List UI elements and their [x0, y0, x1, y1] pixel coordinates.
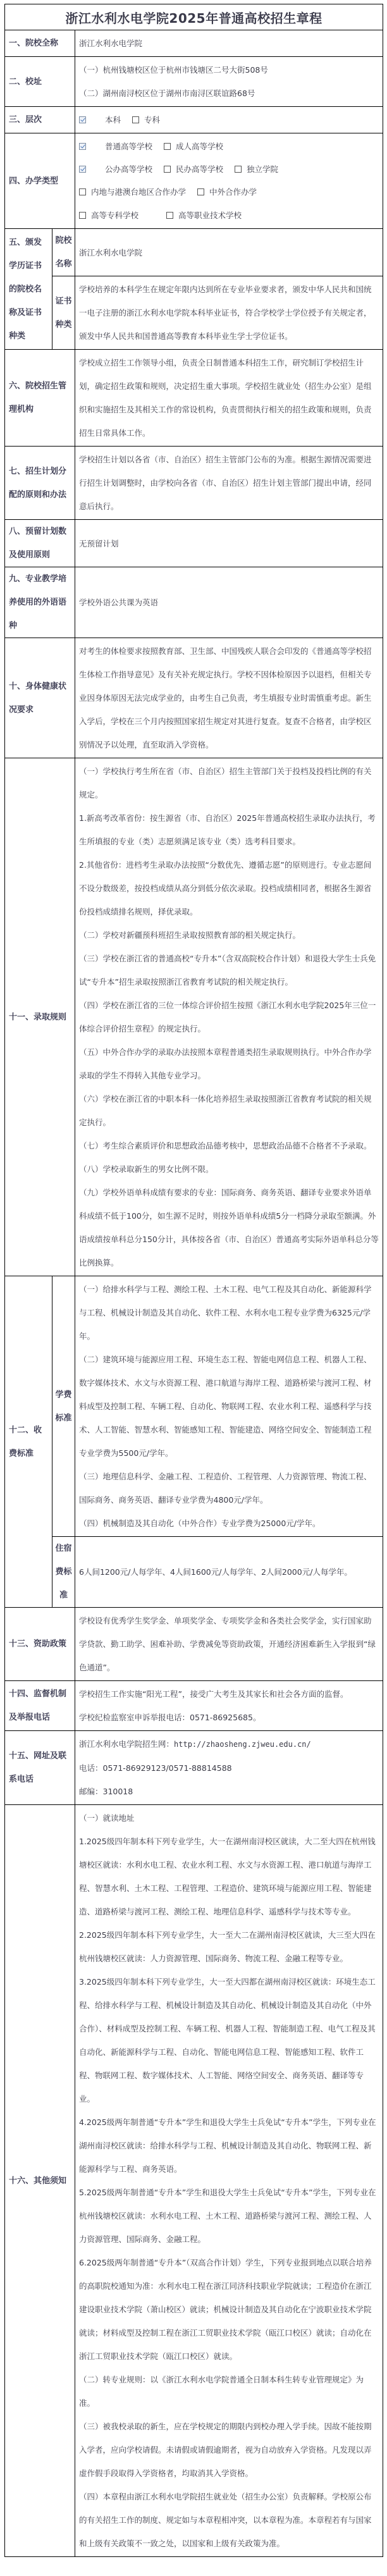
value-school-type: 普通高等学校 成人高等学校 公办高等学校 民办高等学校 独立学院 内地与港澳台地…: [75, 133, 383, 229]
option-junior-college: 专科: [132, 108, 160, 132]
rule-paragraph: （一）学校执行考生所在省（市、自治区）招生主管部门关于投档及投档比例的有关规定。: [79, 760, 379, 806]
note-paragraph: 1.2025级四年制本科下列专业学生，大一在湖州南浔校区就读，大二至大四在杭州钱…: [79, 1830, 379, 1923]
row-school-name: 一、院校全称 浙江水利水电学院: [5, 30, 383, 57]
value-admission-rules: （一）学校执行考生所在省（市、自治区）招生主管部门关于投档及投档比例的有关规定。…: [75, 758, 383, 1276]
note-paragraph: 3.2025级四年制本科下列专业学生，大一至大四都在湖州南浔校区就读：环境生态工…: [79, 1970, 379, 2111]
value-tuition: （一）给排水科学与工程、测绘工程、土木工程、电气工程及其自动化、新能源科学与工程…: [75, 1276, 383, 1537]
option-independent-college: 独立学院: [235, 158, 278, 181]
note-paragraph: （四）本章程由浙江水利水电学院招生就业处（招生办公室）负责解释。学校原公布的有关…: [79, 2485, 379, 2555]
note-paragraph: 5.2025级两年制普通“专升本”学生和退役大学生士兵免试“专升本”学生，下列专…: [79, 2181, 379, 2251]
rule-paragraph: （八）学校录取新生的男女比例不限。: [79, 1157, 379, 1181]
value-reserved-plan: 无预留计划: [75, 520, 383, 567]
option-private-hei: 民办高等学校: [164, 158, 223, 181]
value-plan-allocation: 学校招生计划以各省（市、自治区）招生主管部门公布的为准。根据生源情况需要进行招生…: [75, 447, 383, 520]
title-row: 浙江水利水电学院2025年普通高校招生章程: [5, 4, 383, 30]
label-fees: 十二、收费标准: [5, 1276, 52, 1608]
option-vocational-college: 高等职业技术学校: [166, 204, 242, 227]
tuition-paragraph: （四）机械制造及其自动化（中外合作）专业学费为25000元/学年。: [79, 1512, 379, 1535]
address-line: （二）湖州南浔校区位于湖州市南浔区联谊路68号: [79, 82, 379, 105]
value-other-notes: （一）就读地址 1.2025级四年制本科下列专业学生，大一在湖州南浔校区就读，大…: [75, 1805, 383, 2557]
row-level: 三、层次 本科 专科: [5, 107, 383, 133]
rule-paragraph: 1.新高考改革省份：按生源省（市、自治区）2025年普通高校招生录取办法执行，考…: [79, 806, 379, 853]
sublabel-dormitory: 住宿费标准: [52, 1537, 75, 1608]
row-contact: 十五、网址及联系电话 浙江水利水电学院招生网：http://zhaosheng.…: [5, 1731, 383, 1805]
checkbox-empty-icon: [197, 188, 204, 195]
row-other-notes: 十六、其他须知 （一）就读地址 1.2025级四年制本科下列专业学生，大一在湖州…: [5, 1805, 383, 2557]
value-health-requirements: 对考生的体检要求按照教育部、卫生部、中国残疾人联合会印发的《普通高等学校招生体检…: [75, 638, 383, 758]
rule-paragraph: （三）学校在浙江省的普通高校“专升本”（含双高院校合作计划）和退役大学生士兵免试…: [79, 947, 379, 994]
value-foreign-language: 学校外语公共课为英语: [75, 567, 383, 638]
value-school-name: 浙江水利水电学院: [75, 30, 383, 57]
checkbox-empty-icon: [235, 166, 242, 173]
row-health-requirements: 十、身体健康状况要求 对考生的体检要求按照教育部、卫生部、中国残疾人联合会印发的…: [5, 638, 383, 758]
label-level: 三、层次: [5, 107, 75, 133]
label-reserved-plan: 八、预留计划数及使用原则: [5, 520, 75, 567]
row-supervision: 十四、监督机制及举报电话 学校招生工作实施“阳光工程”，接受广大考生及其家长和社…: [5, 1681, 383, 1731]
address-line: （一）杭州钱塘校区位于杭州市钱塘区二号大街508号: [79, 58, 379, 82]
option-public-hei: 公办高等学校: [79, 158, 152, 181]
supervision-line: 学校招生工作实施“阳光工程”，接受广大考生及其家长和社会各方面的监督。: [79, 1682, 379, 1706]
school-type-row-2: 公办高等学校 民办高等学校 独立学院 内地与港澳台地区合作办学 中外合作办学: [79, 158, 379, 204]
row-dormitory: 住宿费标准 6人间1200元/人每学年、4人间1600元/人每学年、2人间200…: [5, 1537, 383, 1608]
row-admission-rules: 十一、录取规则 （一）学校执行考生所在省（市、自治区）招生主管部门关于投档及投档…: [5, 758, 383, 1276]
note-paragraph: 6.2025级两年制普通“专升本”（双高合作计划）学生，下列专业报到地点以联合培…: [79, 2251, 379, 2368]
label-admission-rules: 十一、录取规则: [5, 758, 75, 1276]
school-type-row-1: 普通高等学校 成人高等学校: [79, 135, 379, 158]
rule-paragraph: （二）学校对新疆预科班招生录取按照教育部的相关规定执行。: [79, 923, 379, 947]
label-foreign-language: 九、专业教学培养使用的外语语种: [5, 567, 75, 638]
page: 浙江水利水电学院2025年普通高校招生章程 一、院校全称 浙江水利水电学院 二、…: [0, 0, 387, 2576]
sublabel-institution-name: 院校名称: [52, 229, 75, 276]
label-other-notes: 十六、其他须知: [5, 1805, 75, 2557]
note-paragraph: （一）就读地址: [79, 1806, 379, 1830]
sublabel-certificate-type: 证书种类: [52, 276, 75, 350]
rule-paragraph: 2.其他省份：进档考生录取办法按照“分数优先、遵循志愿”的原则进行。专业志愿间不…: [79, 853, 379, 923]
option-regular-hei: 普通高等学校: [79, 135, 152, 158]
row-admissions-office: 六、院校招生管理机构 学校成立招生工作领导小组，负责全日制普通本科招生工作，研究…: [5, 350, 383, 447]
label-school-type: 四、办学类型: [5, 133, 75, 229]
option-specialized-college: 高等专科学校: [79, 204, 138, 227]
label-health-requirements: 十、身体健康状况要求: [5, 638, 75, 758]
label-plan-allocation: 七、招生计划分配的原则和办法: [5, 447, 75, 520]
note-paragraph: （二）转专业规则：以《浙江水利水电学院普通全日制本科生转专业管理规定》为准。: [79, 2368, 379, 2415]
label-admissions-office: 六、院校招生管理机构: [5, 350, 75, 447]
value-supervision: 学校招生工作实施“阳光工程”，接受广大考生及其家长和社会各方面的监督。 学校纪检…: [75, 1681, 383, 1731]
tuition-paragraph: （二）建筑环境与能源应用工程、环境生态工程、智能电网信息工程、机器人工程、数字媒…: [79, 1348, 379, 1465]
row-school-type: 四、办学类型 普通高等学校 成人高等学校 公办高等学校 民办高等学校 独立学院 …: [5, 133, 383, 229]
value-institution-name: 浙江水利水电学院: [75, 229, 383, 276]
value-admissions-office: 学校成立招生工作领导小组，负责全日制普通本科招生工作，研究制订学校招生计划，确定…: [75, 350, 383, 447]
option-sino-foreign: 中外合作办学: [197, 181, 257, 204]
checkbox-empty-icon: [132, 116, 139, 123]
checkbox-empty-icon: [164, 166, 171, 173]
label-contact: 十五、网址及联系电话: [5, 1731, 75, 1805]
checkbox-empty-icon: [79, 212, 86, 219]
row-reserved-plan: 八、预留计划数及使用原则 无预留计划: [5, 520, 383, 567]
checkbox-empty-icon: [164, 143, 171, 150]
option-adult-hei: 成人高等学校: [164, 135, 223, 158]
website-link[interactable]: http://zhaosheng.zjweu.edu.cn/: [174, 1740, 311, 1749]
website-line: 浙江水利水电学院招生网：http://zhaosheng.zjweu.edu.c…: [79, 1732, 379, 1756]
bottom-whitespace: [4, 2557, 383, 2576]
rule-paragraph: （九）学校外语单科成绩有要求的专业：国际商务、商务英语、翻译专业要求外语单科成绩…: [79, 1181, 379, 1274]
option-hk-macao-taiwan: 内地与港澳台地区合作办学: [79, 181, 186, 204]
checkbox-empty-icon: [79, 188, 86, 195]
row-financial-aid: 十三、资助政策 学校设有优秀学生奖学金、单项奖学金、专项奖学金和各类社会奖学金，…: [5, 1608, 383, 1681]
rule-paragraph: （六）学校在浙江省的中职本科一体化培养招生录取按照浙江省教育考试院的相关规定执行…: [79, 1087, 379, 1134]
page-title: 浙江水利水电学院2025年普通高校招生章程: [5, 4, 383, 30]
value-contact: 浙江水利水电学院招生网：http://zhaosheng.zjweu.edu.c…: [75, 1731, 383, 1805]
admissions-charter-table: 浙江水利水电学院2025年普通高校招生章程 一、院校全称 浙江水利水电学院 二、…: [4, 4, 383, 2557]
checkbox-checked-icon: [79, 116, 86, 123]
contact-phone: 电话：0571-86929123/0571-88814588: [79, 1756, 379, 1780]
label-certificate: 五、颁发学历证书的院校名称及证书种类: [5, 229, 52, 350]
row-plan-allocation: 七、招生计划分配的原则和办法 学校招生计划以各省（市、自治区）招生主管部门公布的…: [5, 447, 383, 520]
rule-paragraph: （七）考生综合素质评价和思想政治品德考核中，思想政治品德不合格者不予录取。: [79, 1134, 379, 1157]
row-certificate-type: 证书种类 学校培养的本科学生在规定年限内达到所在专业毕业要求者，颁发中华人民共和…: [5, 276, 383, 350]
contact-postcode: 邮编：310018: [79, 1780, 379, 1803]
row-address: 二、校址 （一）杭州钱塘校区位于杭州市钱塘区二号大街508号 （二）湖州南浔校区…: [5, 57, 383, 107]
row-tuition: 十二、收费标准 学费标准 （一）给排水科学与工程、测绘工程、土木工程、电气工程及…: [5, 1276, 383, 1537]
supervision-phone: 学校纪检监察室申诉举报电话：0571-86925685。: [79, 1706, 379, 1729]
tuition-paragraph: （一）给排水科学与工程、测绘工程、土木工程、电气工程及其自动化、新能源科学与工程…: [79, 1278, 379, 1348]
checkbox-checked-icon: [79, 143, 86, 150]
school-type-row-3: 高等专科学校 高等职业技术学校: [79, 204, 379, 227]
label-supervision: 十四、监督机制及举报电话: [5, 1681, 75, 1731]
note-paragraph: （三）被我校录取的新生，应在学校规定的期限内到校办理入学手续。因故不能按期入学者…: [79, 2415, 379, 2485]
value-certificate-type: 学校培养的本科学生在规定年限内达到所在专业毕业要求者，颁发中华人民共和国统一电子…: [75, 276, 383, 350]
note-paragraph: 2.2025级四年制本科下列专业学生，大一至大二在湖州南浔校区就读，大三至大四在…: [79, 1923, 379, 1970]
value-address: （一）杭州钱塘校区位于杭州市钱塘区二号大街508号 （二）湖州南浔校区位于湖州市…: [75, 57, 383, 107]
row-foreign-language: 九、专业教学培养使用的外语语种 学校外语公共课为英语: [5, 567, 383, 638]
note-paragraph: 4.2025级两年制普通“专升本”学生和退役大学生士兵免试“专升本”学生，下列专…: [79, 2111, 379, 2181]
label-address: 二、校址: [5, 57, 75, 107]
label-school-name: 一、院校全称: [5, 30, 75, 57]
row-certificate-name: 五、颁发学历证书的院校名称及证书种类 院校名称 浙江水利水电学院: [5, 229, 383, 276]
value-dormitory: 6人间1200元/人每学年、4人间1600元/人每学年、2人间2000元/人每学…: [75, 1537, 383, 1608]
checkbox-checked-icon: [79, 166, 86, 173]
value-financial-aid: 学校设有优秀学生奖学金、单项奖学金、专项奖学金和各类社会奖学金，实行国家助学贷款…: [75, 1608, 383, 1681]
value-level: 本科 专科: [75, 107, 383, 133]
option-undergraduate: 本科: [79, 108, 121, 132]
tuition-paragraph: （三）地理信息科学、金融工程、工程造价、工程管理、人力资源管理、物流工程、国际商…: [79, 1465, 379, 1512]
rule-paragraph: （五）中外合作办学的录取办法按照本章程普通类招生录取规则执行。中外合作办学录取的…: [79, 1040, 379, 1087]
checkbox-empty-icon: [166, 212, 173, 219]
label-financial-aid: 十三、资助政策: [5, 1608, 75, 1681]
rule-paragraph: （四）学校在浙江省的三位一体综合评价招生按照《浙江水利水电学院2025年三位一体…: [79, 994, 379, 1040]
sublabel-tuition: 学费标准: [52, 1276, 75, 1537]
